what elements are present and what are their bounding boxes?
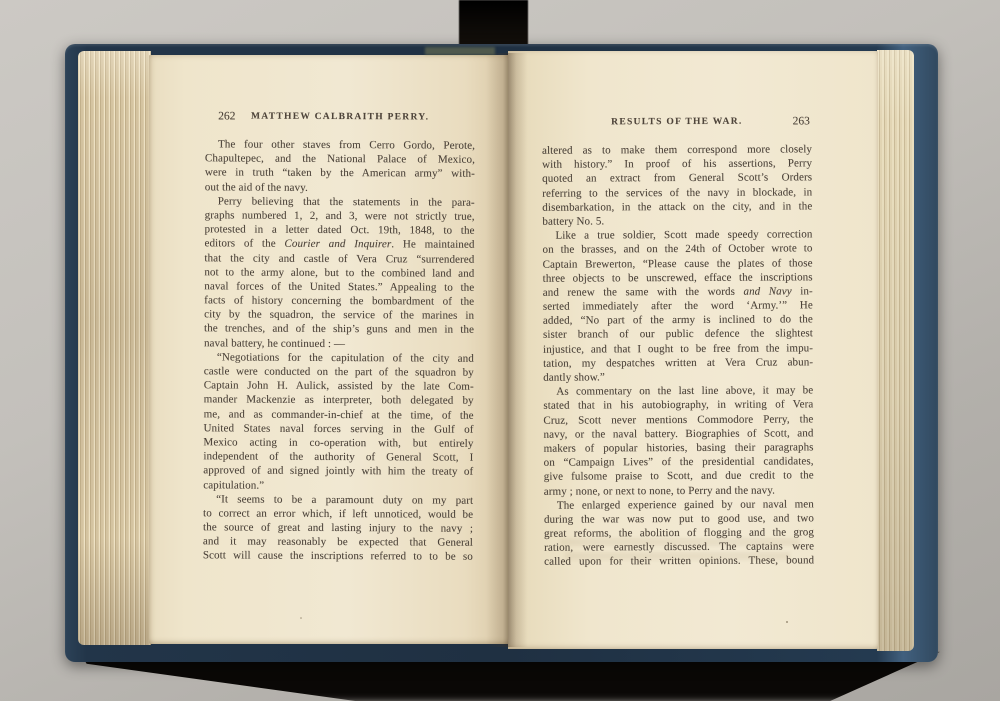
text-line: army ; none, or next to none, to Perry a… bbox=[544, 483, 814, 499]
text-line: on the brasses, and on the 24th of Octob… bbox=[542, 242, 812, 258]
text-line: referring to the services of the navy in… bbox=[542, 185, 812, 201]
text-line: Captain John H. Aulick, assisted by the … bbox=[204, 378, 474, 394]
show-through-text bbox=[565, 552, 790, 560]
text-line: and it may reasonably be expected that G… bbox=[203, 535, 473, 551]
text-line: out the aid of the navy. bbox=[205, 180, 475, 196]
text-line: altered as to make them correspond more … bbox=[542, 142, 812, 158]
text-line: United States naval forces serving in th… bbox=[203, 421, 473, 437]
text-line: editors of the Courier and Inquirer. He … bbox=[204, 237, 474, 253]
left-page-number: 262 bbox=[218, 110, 235, 122]
text-line: The enlarged experience gained by our na… bbox=[544, 497, 814, 513]
text-line: the trenches, and of the ship’s guns and… bbox=[204, 322, 474, 338]
paper-speck bbox=[786, 621, 788, 623]
text-line: stated that in his autobiography, in wri… bbox=[543, 398, 813, 414]
text-line: capitulation.” bbox=[203, 478, 473, 494]
right-fore-edge-pages bbox=[877, 50, 914, 651]
right-running-header: RESULTS OF THE WAR. bbox=[611, 117, 742, 128]
right-page-number: 263 bbox=[793, 115, 810, 127]
text-line: “Negotiations for the capitulation of th… bbox=[204, 350, 474, 366]
text-line: me, and as commander-in-chief at the tim… bbox=[204, 407, 474, 423]
text-line: to correct an error which, if left unnot… bbox=[203, 506, 473, 522]
text-line: the source of great and lasting injury t… bbox=[203, 520, 473, 536]
text-line: were in truth “taken by the American arm… bbox=[205, 166, 475, 182]
right-page-header: RESULTS OF THE WAR. 263 bbox=[542, 115, 812, 130]
text-line: Captain Brewerton, “Please cause the pla… bbox=[543, 256, 813, 272]
text-line: Mexico acting in co-operation with, but … bbox=[203, 435, 473, 451]
text-line: serted immediately after the word ‘Army.… bbox=[543, 298, 813, 314]
text-line: on “Campaign Lives” of the presidential … bbox=[544, 454, 814, 470]
text-line: Perry believing that the statements in t… bbox=[205, 194, 475, 210]
text-line: facts of history concerning the bombardm… bbox=[204, 293, 474, 309]
text-line: Cruz, Scott never mentions Commodore Per… bbox=[543, 412, 813, 428]
text-line: dantly show.” bbox=[543, 369, 813, 385]
text-line: naval forces of the United States.” Appe… bbox=[204, 279, 474, 295]
text-line: added, “No part of the army is inclined … bbox=[543, 313, 813, 329]
text-line: “It seems to be a paramount duty on my p… bbox=[203, 492, 473, 508]
text-line: with history.” In proof of his assertion… bbox=[542, 156, 812, 172]
text-line: naval battery, he continued : — bbox=[204, 336, 474, 352]
text-line: Chapultepec, and the National Palace of … bbox=[205, 151, 475, 167]
right-page-content: RESULTS OF THE WAR. 263 altered as to ma… bbox=[542, 115, 814, 569]
right-page-text: altered as to make them correspond more … bbox=[542, 142, 814, 569]
text-line: and renew the same with the words and Na… bbox=[543, 284, 813, 300]
text-line: The four other staves from Cerro Gordo, … bbox=[205, 137, 475, 153]
text-line: Scott will cause the inscriptions referr… bbox=[203, 549, 473, 565]
text-line: battery No. 5. bbox=[542, 213, 812, 229]
left-page-header: 262 MATTHEW CALBRAITH PERRY. bbox=[205, 110, 475, 125]
text-line: graphs numbered 1, 2, and 3, were not st… bbox=[205, 208, 475, 224]
text-line: that the city and castle of Vera Cruz “s… bbox=[204, 251, 474, 267]
text-line: castle were conducted on the part of the… bbox=[204, 364, 474, 380]
book-gutter-shadow bbox=[486, 53, 528, 647]
left-page-text: The four other staves from Cerro Gordo, … bbox=[203, 137, 475, 564]
text-line: sister branch of our public defence the … bbox=[543, 327, 813, 343]
text-line: approved of and signed jointly with him … bbox=[203, 464, 473, 480]
left-running-header: MATTHEW CALBRAITH PERRY. bbox=[251, 112, 429, 123]
left-page-content: 262 MATTHEW CALBRAITH PERRY. The four ot… bbox=[203, 110, 475, 564]
text-line: protested in a letter dated Oct. 19th, 1… bbox=[205, 222, 475, 238]
text-line: mander Mackenzie as interpreter, both de… bbox=[204, 393, 474, 409]
text-line: city by the squadron, the service of the… bbox=[204, 308, 474, 324]
dust-fuzz bbox=[425, 47, 495, 55]
text-line: disembarkation, in the attack on the cit… bbox=[542, 199, 812, 215]
text-line: tation, my despatches written at Vera Cr… bbox=[543, 355, 813, 371]
show-through-text bbox=[560, 538, 800, 546]
text-line: Like a true soldier, Scott made speedy c… bbox=[542, 227, 812, 243]
text-line: navy, or the naval battery. Biographies … bbox=[543, 426, 813, 442]
text-line: injustice, and that I ought to be free f… bbox=[543, 341, 813, 357]
text-line: independent of the authority of General … bbox=[203, 449, 473, 465]
text-line: makers of popular histories, basing thei… bbox=[544, 440, 814, 456]
text-line: give fulsome praise to Scott, and due cr… bbox=[544, 469, 814, 485]
text-line: quoted an extract from General Scott’s O… bbox=[542, 171, 812, 187]
paper-speck bbox=[300, 617, 302, 619]
text-line: not to the army alone, but to the combin… bbox=[204, 265, 474, 281]
text-line: As commentary on the last line above, it… bbox=[543, 383, 813, 399]
text-line: three objects to be unscrewed, efface th… bbox=[543, 270, 813, 286]
book-photo: 262 MATTHEW CALBRAITH PERRY. The four ot… bbox=[0, 0, 1000, 701]
left-fore-edge-pages bbox=[78, 51, 151, 645]
text-line: during the war was now put to good use, … bbox=[544, 511, 814, 527]
